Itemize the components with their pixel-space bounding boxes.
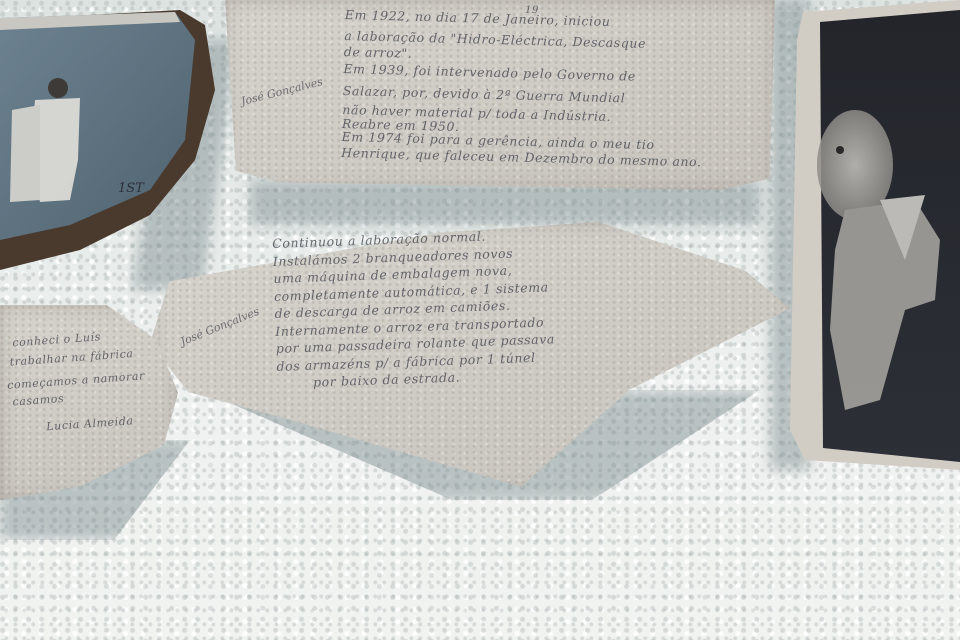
- photo-stone-right: [785, 0, 960, 475]
- photo-mark: 1ST: [118, 181, 145, 196]
- tablet-bottom-left-text: conheci o Luís trabalhar na fábrica come…: [4, 328, 148, 434]
- photo-stone-top-left: 1ST: [0, 0, 230, 310]
- page-mark: 19: [525, 6, 539, 16]
- tablet-top-center-text: 19 Em 1922, no dia 17 de Janeiro, inicio…: [341, 9, 705, 169]
- tablet-center-text: Continuou a laboração normal. Instalámos…: [272, 228, 556, 390]
